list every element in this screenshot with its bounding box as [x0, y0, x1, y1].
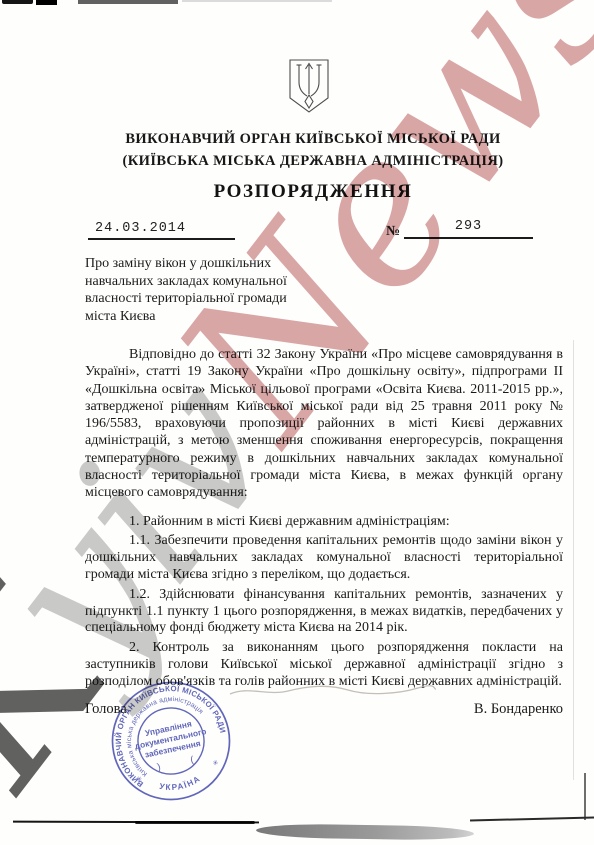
stamp-paren-right: (	[189, 755, 195, 767]
document-date: 24.03.2014	[88, 221, 235, 240]
subject-line: навчальних закладах комунальної	[85, 273, 345, 291]
document-type-title: РОЗПОРЯДЖЕННЯ	[67, 181, 559, 203]
scan-smudge-top-3	[78, 0, 178, 4]
org-name-block: ВИКОНАВЧИЙ ОРГАН КИЇВСЬКОЇ МІСЬКОЇ РАДИ …	[67, 128, 559, 172]
item-1-2: 1.2. Здійснювати фінансування капітальни…	[85, 587, 563, 637]
document-number: 293	[404, 219, 533, 239]
scan-edge-line	[573, 340, 574, 780]
item-1-1: 1.1. Забезпечити проведення капітальних …	[85, 533, 563, 583]
scan-line-bottom-left-dark	[135, 821, 255, 824]
scan-smudge-top-1	[2, 0, 33, 4]
pencil-scrawl	[228, 680, 438, 700]
document-body: Відповідно до статті 32 Закону України «…	[85, 346, 563, 691]
scan-smudge-bottom	[256, 823, 474, 840]
org-name-line2: (КИЇВСЬКА МІСЬКА ДЕРЖАВНА АДМІНІСТРАЦІЯ)	[67, 150, 559, 172]
scan-smudge-top-4	[182, 0, 332, 2]
scan-smudge-top-2	[36, 0, 57, 5]
item-1: 1. Районним в місті Києві державним адмі…	[85, 514, 563, 531]
subject-line: міста Києва	[85, 308, 345, 326]
trident-emblem-icon	[286, 58, 332, 114]
stamp-asterisk-right: ✳	[212, 759, 220, 768]
preamble-paragraph: Відповідно до статті 32 Закону України «…	[85, 346, 563, 502]
subject-line: власності територіальної громади	[85, 290, 345, 308]
subject-block: Про заміну вікон у дошкільних навчальних…	[85, 255, 345, 325]
stamp-country-text: УКРАЇНА	[157, 773, 204, 795]
scan-tick-bottom-right	[584, 773, 586, 820]
subject-line: Про заміну вікон у дошкільних	[85, 255, 345, 273]
number-sign: №	[386, 224, 400, 240]
scanned-document-page: ВИКОНАВЧИЙ ОРГАН КИЇВСЬКОЇ МІСЬКОЇ РАДИ …	[0, 0, 594, 845]
stamp-asterisk-left: ✳	[136, 775, 144, 784]
official-round-stamp: ВИКОНАВЧИЙ ОРГАН КИЇВСЬКОЇ МІСЬКОЇ РАДИ …	[87, 657, 255, 825]
signature-name: В. Бондаренко	[474, 701, 563, 718]
scan-line-bottom-right	[470, 816, 594, 821]
org-name-line1: ВИКОНАВЧИЙ ОРГАН КИЇВСЬКОЇ МІСЬКОЇ РАДИ	[67, 128, 559, 150]
